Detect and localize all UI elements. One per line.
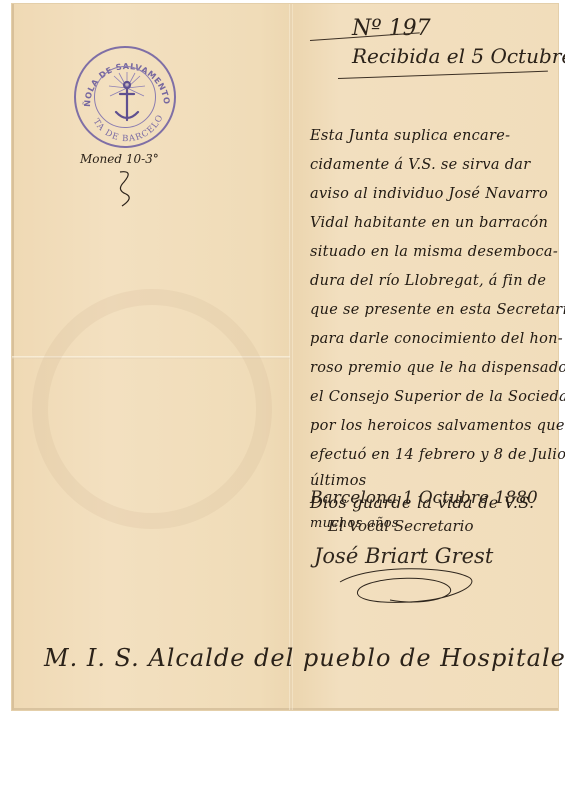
- body-line: que se presente en esta Secretaría: [310, 296, 565, 325]
- margin-flourish-mark: [112, 168, 142, 208]
- place-and-date: Barcelona 1 Octubre 1880: [310, 488, 538, 508]
- signer-role: El Vocal Secretario: [328, 517, 473, 535]
- letter-body: Esta Junta suplica encare- cidamente á V…: [310, 122, 565, 534]
- body-line: Esta Junta suplica encare-: [310, 122, 565, 151]
- anchor-with-rays-icon: [76, 48, 178, 150]
- addressee-line: M. I. S. Alcalde del pueblo de Hospitale…: [44, 644, 565, 672]
- header-underline: [338, 71, 548, 79]
- body-line: aviso al individuo José Navarro: [310, 180, 565, 209]
- faded-stamp-offset: [32, 289, 272, 529]
- body-line: por los heroicos salvamentos que: [310, 412, 565, 441]
- body-line: efectuó en 14 febrero y 8 de Julio: [310, 441, 565, 470]
- body-line: para darle conocimiento del hon-: [310, 325, 565, 354]
- document-number: Nº 197: [352, 16, 431, 41]
- body-line: Vidal habitante en un barracón: [310, 209, 565, 238]
- body-line: roso premio que le ha dispensado: [310, 354, 565, 383]
- margin-note: Moned 10-3°: [80, 152, 159, 166]
- body-line: dura del río Llobregat, á fin de: [310, 267, 565, 296]
- society-stamp: SOCIEDAD ESPAÑOLA DE SALVAMENTO DE NÁUFR…: [74, 46, 176, 148]
- received-date: Recibida el 5 Octubre 1880: [352, 44, 565, 68]
- body-line: el Consejo Superior de la Sociedad,: [310, 383, 565, 412]
- body-line: situado en la misma desemboca-: [310, 238, 565, 267]
- signature-flourish: [330, 560, 490, 610]
- letter-page: SOCIEDAD ESPAÑOLA DE SALVAMENTO DE NÁUFR…: [12, 4, 558, 710]
- body-line: cidamente á V.S. se sirva dar: [310, 151, 565, 180]
